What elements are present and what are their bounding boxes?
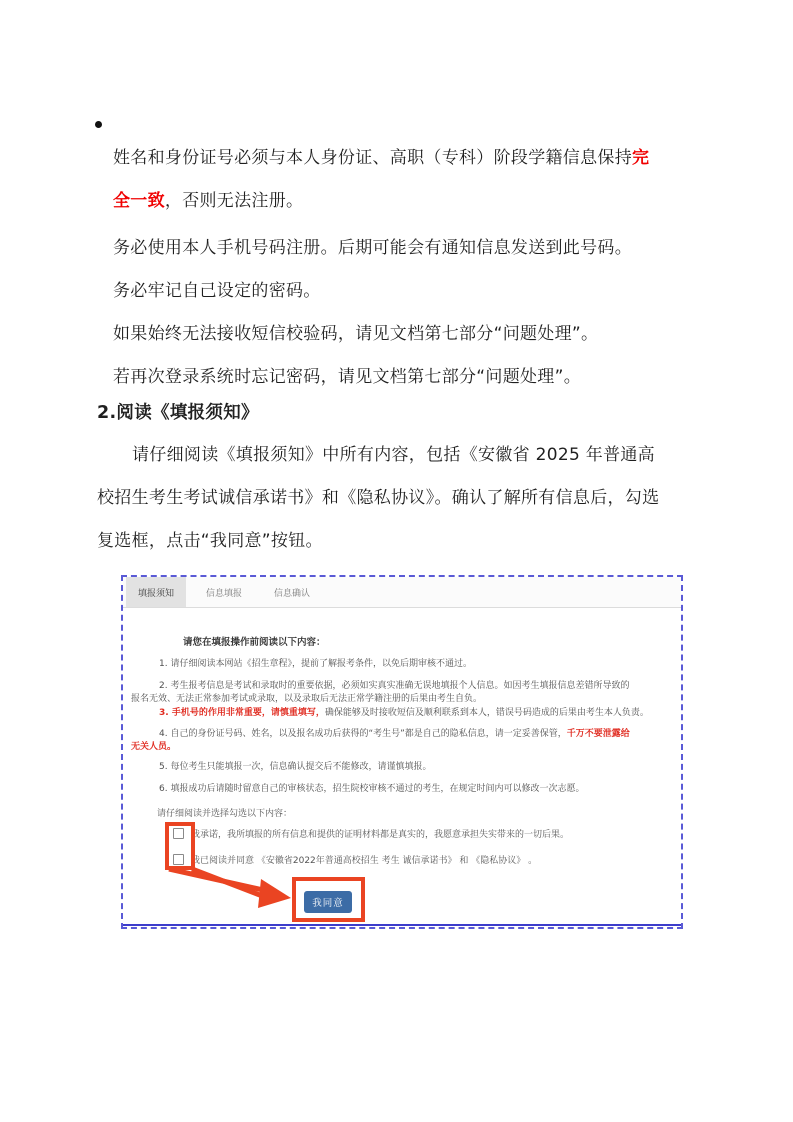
section-paragraph: 请仔细阅读《填报须知》中所有内容，包括《安徽省 2025 年普通高校招生考生考试… — [97, 434, 671, 563]
tab-info-confirm[interactable]: 信息确认 — [262, 577, 322, 607]
intro-paragraph: 姓名和身份证号必须与本人身份证、高职（专科）阶段学籍信息保持完全一致，否则无法注… — [113, 137, 665, 223]
panel-bottom-rule — [123, 924, 681, 926]
tab-bar: 填报须知 信息填报 信息确认 — [123, 577, 681, 608]
checkbox-highlight-box — [165, 822, 195, 870]
note-line-sms: 如果始终无法接收短信校验码，请见文档第七部分“问题处理”。 — [113, 313, 673, 356]
screenshot-figure: 填报须知 信息填报 信息确认 请您在填报操作前阅读以下内容： 1. 请仔细阅读本… — [121, 575, 683, 929]
note-line-password: 务必牢记自己设定的密码。 — [113, 270, 673, 313]
tab-fill-notice[interactable]: 填报须知 — [126, 577, 186, 607]
intro-text-pre: 姓名和身份证号必须与本人身份证、高职（专科）阶段学籍信息保持 — [113, 148, 632, 168]
section-heading: 2.阅读《填报须知》 — [97, 399, 259, 424]
tab-info-fill[interactable]: 信息填报 — [194, 577, 254, 607]
intro-text-post: ，否则无法注册。 — [165, 191, 303, 211]
notice-item-3-rest: 确保能够及时接收短信及顺利联系到本人，错误号码造成的后果由考生本人负责。 — [325, 708, 649, 718]
notice-item-1: 1. 请仔细阅读本网站《招生章程》，提前了解报考条件，以免后期审核不通过。 — [159, 658, 472, 671]
note-line-phone: 务必使用本人手机号码注册。后期可能会有通知信息发送到此号码。 — [113, 227, 673, 270]
notice-panel: 填报须知 信息填报 信息确认 请您在填报操作前阅读以下内容： 1. 请仔细阅读本… — [123, 577, 681, 927]
note-line-forgot: 若再次登录系统时忘记密码，请见文档第七部分“问题处理”。 — [113, 356, 673, 399]
checkbox-row-1: 我承诺，我所填报的所有信息和提供的证明材料都是真实的，我愿意承担失实带来的一切后… — [173, 827, 569, 840]
notice-item-4-pre: 4. 自己的身份证号码、姓名，以及报名成功后获得的“考生号”都是自己的隐私信息，… — [159, 729, 567, 739]
notes-block: 务必使用本人手机号码注册。后期可能会有通知信息发送到此号码。 务必牢记自己设定的… — [113, 227, 673, 399]
button-highlight-box — [292, 877, 365, 922]
notice-item-4: 4. 自己的身份证号码、姓名，以及报名成功后获得的“考生号”都是自己的隐私信息，… — [131, 728, 635, 754]
notice-item-3-red: 3. 手机号的作用非常重要，请慎重填写， — [159, 708, 325, 718]
checkbox-row-2: 我已阅读并同意 《安徽省2022年普通高校招生 考生 诚信承诺书》 和 《隐私协… — [173, 853, 537, 866]
notice-item-2: 2. 考生报考信息是考试和录取时的重要依据，必须如实真实准确无误地填报个人信息。… — [131, 680, 635, 706]
list-bullet — [95, 121, 102, 128]
document-page: 姓名和身份证号必须与本人身份证、高职（专科）阶段学籍信息保持完全一致，否则无法注… — [0, 0, 793, 1122]
checkbox-2-label: 我已阅读并同意 《安徽省2022年普通高校招生 考生 诚信承诺书》 和 《隐私协… — [191, 853, 537, 866]
notice-title: 请您在填报操作前阅读以下内容： — [183, 634, 326, 648]
agree-prompt: 请仔细阅读并选择勾选以下内容： — [157, 806, 292, 819]
notice-item-3: 3. 手机号的作用非常重要，请慎重填写，确保能够及时接收短信及顺利联系到本人，错… — [159, 707, 649, 720]
checkbox-1-label: 我承诺，我所填报的所有信息和提供的证明材料都是真实的，我愿意承担失实带来的一切后… — [191, 827, 569, 840]
notice-item-5: 5. 每位考生只能填报一次，信息确认提交后不能修改，请谨慎填报。 — [159, 761, 431, 774]
notice-item-6: 6. 填报成功后请随时留意自己的审核状态，招生院校审核不通过的考生，在规定时间内… — [159, 783, 584, 796]
